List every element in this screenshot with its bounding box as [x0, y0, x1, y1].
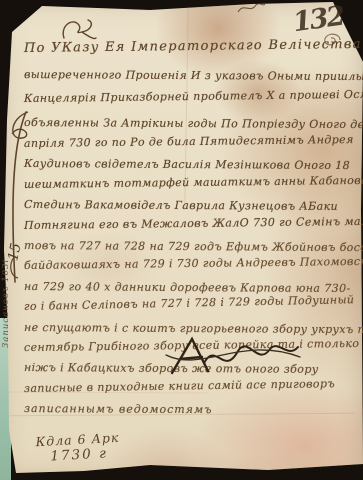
manuscript-line: Канцелярія Приказборней пробителъ Х а пр… — [24, 83, 352, 111]
archival-docket-note: Кдла 6 Арк 1730 г — [35, 430, 120, 465]
photographed-manuscript-page: 132 15 Записановъ 103і По УКазу Ея Імпер… — [0, 0, 363, 480]
manuscript-line: байдаковшаяхъ на 729 і 730 годы Андреевъ… — [24, 252, 352, 276]
manuscript-line: апріля 730 го по Ро де била Пятидесятнім… — [24, 130, 352, 154]
signature-flourish-icon — [162, 333, 302, 385]
corner-ink-scribble-icon — [236, 0, 266, 20]
manuscript-line: По УКазу Ея Імператорскаго Велічества Са… — [24, 32, 352, 62]
manuscript-line: шешматкинъ тотмарфей машаткимъ анны Каба… — [24, 171, 352, 195]
manuscript-line: Потнягина его въ Межаловъ ЖалО 730 го Се… — [24, 212, 352, 236]
margin-vertical-note: Записановъ 103і — [1, 208, 11, 348]
manuscript-line: записаннымъ ведомостямъ — [24, 399, 352, 421]
